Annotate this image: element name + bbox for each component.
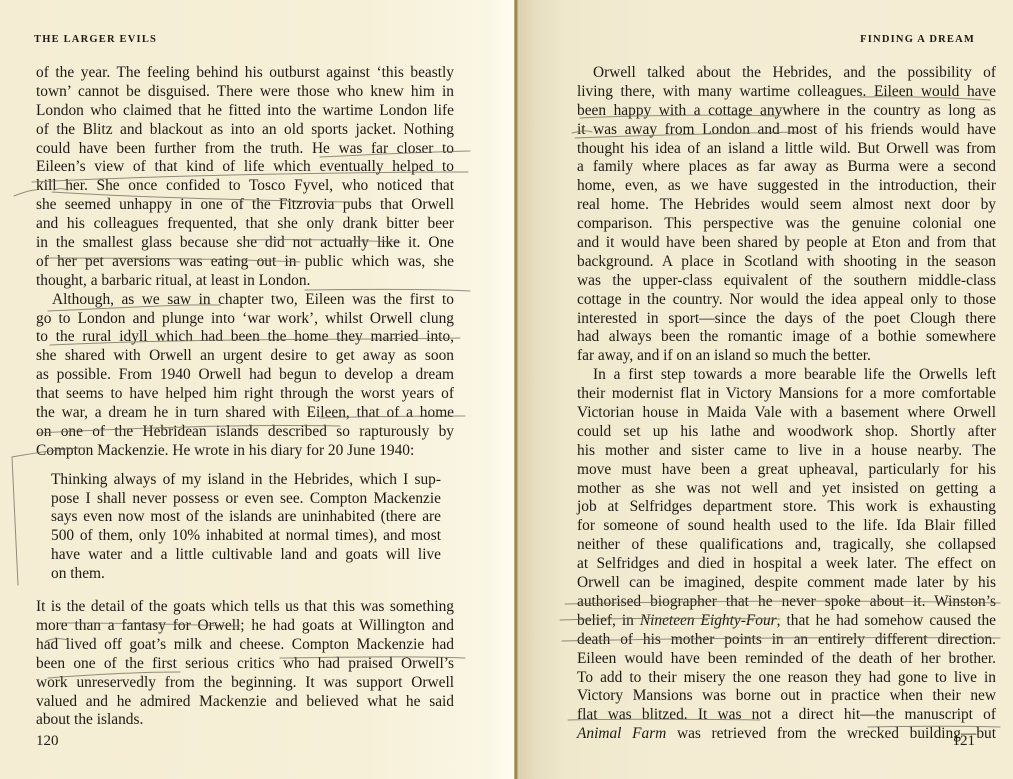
block-quote: Thinking always of my island in the Hebr… [36,471,441,584]
text-line: the war, a dream he in turn shared with … [36,404,454,423]
book-title-1984: Nineteen Eighty-Four [640,612,777,629]
right-page-text: Orwell talked about the Hebrides, and th… [577,64,996,744]
text-line: about the islands. [36,711,454,730]
text-line: far away, and if on an island so much th… [577,347,996,366]
text-line: To add to their misery the one reason th… [577,669,996,688]
text-line: death of his mother points in an entirel… [577,631,996,650]
running-head-right: FINDING A DREAM [860,34,975,45]
text-line: been happy with a cottage anywhere in th… [577,102,996,121]
text-line: neither of these qualifications and, tra… [577,536,996,555]
text-line: she seemed unhappy in one of the Fitzrov… [36,196,454,215]
text-line: real home. The Hebrides would seem almos… [577,196,996,215]
text-line: flat was blitzed. It was not a direct hi… [577,706,996,725]
page-number-right: 121 [953,733,976,750]
text-line: kill her. She once confided to Tosco Fyv… [36,177,454,196]
text-line: Eileen would have been reminded of the d… [577,650,996,669]
text-line: could have been further from the truth. … [36,140,454,159]
text-line: that seems to have helped him right thro… [36,385,454,404]
text-line: had always been the romantic image of a … [577,328,996,347]
book-title-animal-farm: Animal Farm [577,725,666,742]
text-line: Orwell can be imagined, despite comment … [577,574,996,593]
text-line: had lived off goat’s milk and cheese. Co… [36,636,454,655]
text-line: Animal Farm was retrieved from the wreck… [577,725,996,744]
text-line: of the year. The feeling behind his outb… [36,64,454,83]
text-line: valued and he admired Mackenzie and beli… [36,693,454,712]
paragraph: It is the detail of the goats which tell… [36,598,454,730]
text-line: work unreservedly from the beginning. It… [36,674,454,693]
text-fragment: , that he had somehow caused the [777,612,996,629]
text-line: on one of the Hebridean islands describe… [36,423,454,442]
text-line: London who claimed that he fitted into t… [36,102,454,121]
text-line: thought his idea of an island a little w… [577,140,996,159]
text-line: of her pet aversions was eating out in p… [36,253,454,272]
text-line: Victory Mansions was borne out in practi… [577,687,996,706]
text-line: as possible. From 1940 Orwell had begun … [36,366,454,385]
right-page: FINDING A DREAM Orwell talked about the … [516,0,1013,779]
text-line: Eileen’s view of that kind of life which… [36,158,454,177]
text-line: she shared with Orwell an urgent desire … [36,347,454,366]
text-line: and it would have been shared by people … [577,234,996,253]
text-line: to the rural idyll which had been the ho… [36,328,454,347]
paragraph: of the year. The feeling behind his outb… [36,64,454,291]
text-line: pose I shall never possess or even see. … [51,490,441,509]
text-line: on them. [51,565,441,584]
running-head-left: THE LARGER EVILS [34,34,157,45]
text-line: of the Blitz and blackout as into an old… [36,121,454,140]
text-line: have water and a little cultivable land … [51,546,441,565]
text-line: thought, a barbaric ritual, at least in … [36,272,454,291]
text-line: says even now most of the islands are un… [51,508,441,527]
text-fragment: was retrieved from the wrecked building—… [666,725,996,742]
text-line: their modernist flat in Victory Mansions… [577,385,996,404]
page-number-left: 120 [36,733,59,750]
text-line: and his colleagues frequented, that she … [36,215,454,234]
text-line: it was away from London and most of his … [577,121,996,140]
left-page: THE LARGER EVILS of the year. The feelin… [0,0,516,779]
text-line: more than a fantasy for Orwell; he had g… [36,617,454,636]
book-gutter [514,0,518,779]
paragraph: Orwell talked about the Hebrides, and th… [577,64,996,366]
text-fragment: belief, in [577,612,640,629]
text-line: It is the detail of the goats which tell… [36,598,454,617]
text-line: Thinking always of my island in the Hebr… [51,471,441,490]
text-line: mother as she was not well and yet insis… [577,480,996,499]
text-line: belief, in Nineteen Eighty-Four, that he… [577,612,996,631]
text-line: Although, as we saw in chapter two, Eile… [36,291,454,310]
text-line: interested in sport—since the days of th… [577,310,996,329]
text-line: comparison. This perspective was the gen… [577,215,996,234]
text-line: been one of the first serious critics wh… [36,655,454,674]
text-line: go to London and plunge into ‘war work’,… [36,310,454,329]
text-line: was the upper-class equivalent of the so… [577,272,996,291]
text-line: in the smallest glass because she did no… [36,234,454,253]
text-line: could set up his lathe and woodwork shop… [577,423,996,442]
text-line: job at Selfridges department store. This… [577,498,996,517]
text-line: for someone of sound health used to the … [577,517,996,536]
text-line: Compton Mackenzie. He wrote in his diary… [36,442,454,461]
text-line: living there, with many wartime colleagu… [577,83,996,102]
text-line: In a first step towards a more bearable … [577,366,996,385]
text-line: at Selfridges and died in hospital a wee… [577,555,996,574]
paragraph: Although, as we saw in chapter two, Eile… [36,291,454,461]
text-line: cottage in the country. Nor would the id… [577,291,996,310]
book-spread: THE LARGER EVILS of the year. The feelin… [0,0,1013,779]
text-line: home, even, as we have suggested in the … [577,177,996,196]
text-line: move must have been a great upheaval, pa… [577,461,996,480]
text-line: town’ cannot be disguised. There were th… [36,83,454,102]
text-line: Victorian house in Maida Vale with a bas… [577,404,996,423]
text-line: background. A place in Scotland with sho… [577,253,996,272]
text-line: his mother and sister came to live in a … [577,442,996,461]
text-line: 500 of them, only 10% inhabited at norma… [51,527,441,546]
text-line: authorised biographer that he never spok… [577,593,996,612]
text-line: a family where places as far away as Bur… [577,158,996,177]
paragraph: In a first step towards a more bearable … [577,366,996,744]
text-line: Orwell talked about the Hebrides, and th… [577,64,996,83]
left-page-text: of the year. The feeling behind his outb… [36,64,454,730]
